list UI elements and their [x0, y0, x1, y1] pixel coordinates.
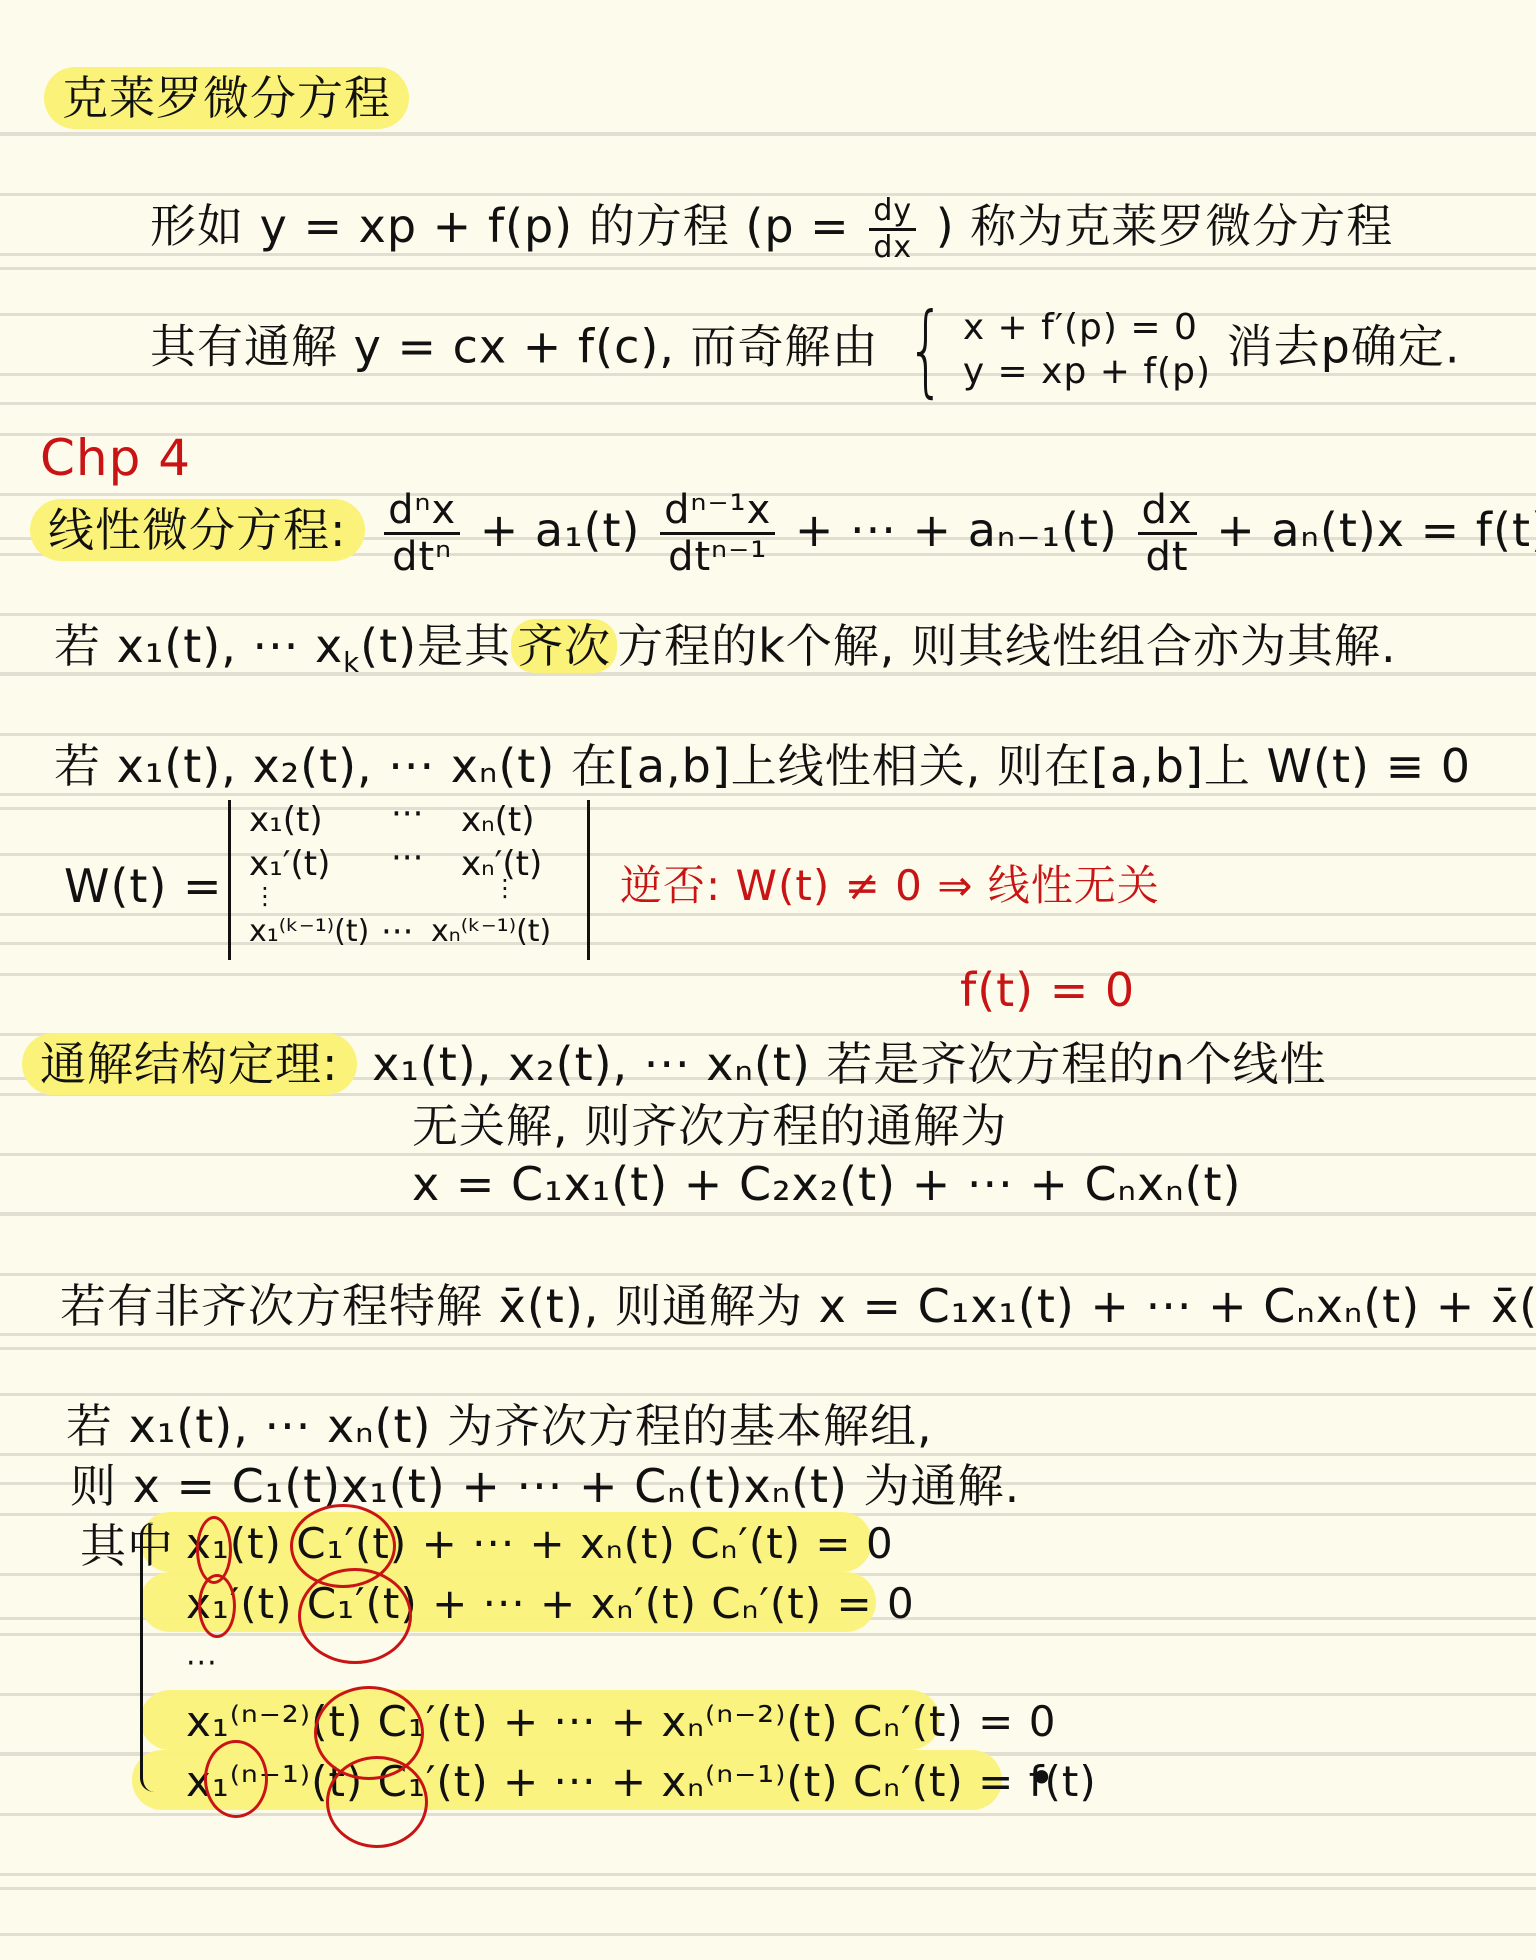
- rule-line: [0, 1633, 1536, 1636]
- fraction-denominator: dtⁿ⁻¹: [664, 535, 771, 577]
- rule-line: [0, 613, 1536, 616]
- first-derivative-fraction: dx dt: [1138, 490, 1197, 577]
- rule-line: [0, 1933, 1536, 1936]
- clairaut-title-text: 克莱罗微分方程: [44, 67, 409, 129]
- determinant-cell: ⋮: [493, 874, 517, 902]
- structure-theorem-line1: 通解结构定理: x₁(t), x₂(t), ··· xₙ(t) 若是齐次方程的n…: [22, 1036, 1327, 1092]
- rule-line: [0, 1213, 1536, 1216]
- clairaut-title: 克莱罗微分方程: [44, 70, 409, 126]
- structure-theorem-text: x₁(t), x₂(t), ··· xₙ(t) 若是齐次方程的n个线性: [372, 1037, 1326, 1091]
- red-circle-annotation: [204, 1740, 268, 1818]
- system-row-ellipsis: ···: [186, 1636, 218, 1692]
- determinant-cell: ···: [391, 838, 423, 878]
- rule-line: [0, 433, 1536, 436]
- equation-term: + a₁(t): [480, 503, 641, 557]
- fraction-denominator: dt: [1141, 535, 1192, 577]
- fraction-numerator: dⁿ⁻¹x: [660, 490, 775, 535]
- statement-text: (t)是其: [360, 619, 511, 673]
- general-solution-prefix: 其有通解 y = cx + f(c), 而奇解由: [150, 320, 879, 374]
- end-mark: •: [1028, 1750, 1056, 1806]
- system-row-n: x₁⁽ⁿ⁻¹⁾(t) C₁′(t) + ··· + xₙ⁽ⁿ⁻¹⁾(t) Cₙ′…: [186, 1754, 1097, 1810]
- rule-line: [0, 733, 1536, 736]
- structure-theorem-line3: x = C₁x₁(t) + C₂x₂(t) + ··· + Cₙxₙ(t): [412, 1156, 1241, 1212]
- variation-line1: 若 x₁(t), ··· xₙ(t) 为齐次方程的基本解组,: [66, 1398, 933, 1454]
- wronskian-dependence-statement: 若 x₁(t), x₂(t), ··· xₙ(t) 在[a,b]上线性相关, 则…: [54, 738, 1471, 794]
- system-row: y = xp + f(p): [963, 350, 1211, 394]
- wronskian-label: W(t) =: [64, 858, 223, 914]
- rule-line: [0, 1873, 1536, 1876]
- system-row-2: x₁′(t) C₁′(t) + ··· + xₙ′(t) Cₙ′(t) = 0: [186, 1576, 915, 1632]
- structure-theorem-line2: 无关解, 则齐次方程的通解为: [412, 1098, 1007, 1154]
- linear-de-title: 线性微分方程:: [30, 499, 365, 561]
- system-row: x + f′(p) = 0: [963, 306, 1211, 350]
- general-solution-suffix: 消去p确定.: [1227, 320, 1461, 374]
- determinant-cell: x₁′(t): [249, 844, 330, 884]
- dy-dx-fraction: dy dx: [869, 196, 916, 263]
- structure-theorem-title: 通解结构定理:: [22, 1033, 357, 1095]
- fraction-denominator: dtⁿ: [388, 535, 456, 577]
- ruled-lines: [0, 0, 1536, 1960]
- determinant-cell: ⋮: [253, 882, 277, 910]
- statement-text: 方程的k个解, 则其线性组合亦为其解.: [617, 619, 1397, 673]
- superposition-statement: 若 x₁(t), ··· xk(t)是其齐次方程的k个解, 则其线性组合亦为其解…: [54, 618, 1397, 691]
- red-circle-annotation: [198, 1574, 236, 1638]
- rule-line: [0, 1273, 1536, 1276]
- clairaut-general-solution: 其有通解 y = cx + f(c), 而奇解由 { x + f′(p) = 0…: [150, 300, 1460, 400]
- equation-term: + ··· + aₙ₋₁(t): [795, 503, 1118, 557]
- red-circle-annotation: [298, 1568, 412, 1664]
- subscript-k: k: [343, 646, 360, 679]
- wronskian-determinant: x₁(t) ··· xₙ(t) x₁′(t) ··· xₙ′(t) ⋮ ⋮ x₁…: [228, 800, 590, 960]
- determinant-cell: ···: [391, 794, 423, 834]
- singular-solution-system: { x + f′(p) = 0 y = xp + f(p): [894, 300, 1211, 400]
- determinant-cell: xₙ⁽ᵏ⁻¹⁾(t): [431, 914, 551, 949]
- variation-line2: 则 x = C₁(t)x₁(t) + ··· + Cₙ(t)xₙ(t) 为通解.: [70, 1458, 1020, 1514]
- determinant-cell: x₁(t): [249, 800, 323, 840]
- chapter-label: Chp 4: [40, 430, 191, 486]
- linear-equation-line: 线性微分方程: dⁿx dtⁿ + a₁(t) dⁿ⁻¹x dtⁿ⁻¹ + ··…: [30, 490, 1536, 577]
- contrapositive-annotation: 逆否: W(t) ≠ 0 ⇒ 线性无关: [620, 858, 1160, 914]
- fraction-numerator: dx: [1138, 490, 1197, 535]
- determinant-cell: ···: [381, 912, 413, 952]
- definition-suffix: ) 称为克莱罗微分方程: [936, 199, 1394, 253]
- highlighted-homogeneous: 齐次: [511, 619, 617, 673]
- definition-prefix: 形如 y = xp + f(p) 的方程 (p =: [150, 199, 850, 253]
- statement-text: 若 x₁(t), ··· x: [54, 619, 343, 673]
- homogeneous-note: f(t) = 0: [960, 962, 1135, 1018]
- determinant-cell: xₙ(t): [461, 800, 535, 840]
- left-brace-icon: {: [907, 300, 946, 400]
- system-brace-icon: [140, 1522, 161, 1792]
- nonhomogeneous-statement: 若有非齐次方程特解 x̄(t), 则通解为 x = C₁x₁(t) + ··· …: [60, 1278, 1536, 1334]
- determinant-cell: x₁⁽ᵏ⁻¹⁾(t): [249, 914, 369, 949]
- rule-line: [0, 133, 1536, 136]
- equation-term: + aₙ(t)x = f(t): [1216, 503, 1536, 557]
- rule-line: [0, 1393, 1536, 1396]
- fraction-numerator: dy: [869, 196, 916, 231]
- fraction-numerator: dⁿx: [384, 490, 460, 535]
- rule-line: [0, 973, 1536, 976]
- red-circle-annotation: [326, 1756, 428, 1848]
- n-minus-1-derivative-fraction: dⁿ⁻¹x dtⁿ⁻¹: [660, 490, 775, 577]
- nth-derivative-fraction: dⁿx dtⁿ: [384, 490, 460, 577]
- fraction-denominator: dx: [869, 231, 916, 263]
- clairaut-definition: 形如 y = xp + f(p) 的方程 (p = dy dx ) 称为克莱罗微…: [150, 196, 1393, 263]
